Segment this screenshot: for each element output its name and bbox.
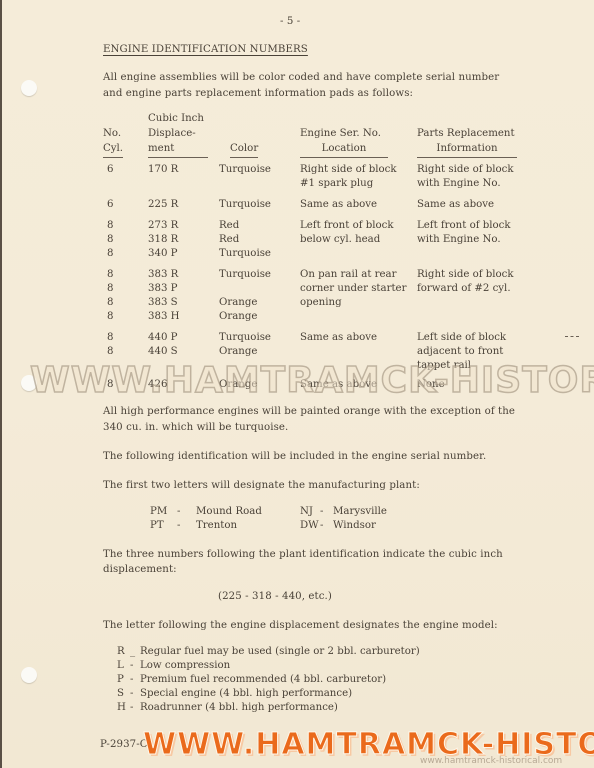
cell-cyl: 8 [107,345,113,359]
model-sep: - [130,659,133,673]
model-sep: _ [130,645,135,659]
cell-color: Turquoise [219,198,271,212]
punch-hole [21,80,37,96]
cell-color: Turquoise [219,163,271,177]
model-sep: - [130,687,133,701]
model-sep: - [130,701,133,715]
cell-cyl: 8 [107,247,113,261]
watermark-middle: WWW.HAMTRAMCK-HISTORICAL.COM [30,360,594,401]
model-code: L [117,659,124,673]
plant-code: DW [300,519,319,533]
cell-cyl: 6 [107,163,113,177]
cell-location: Same as above [300,331,377,345]
plant-sep: - [320,505,323,519]
cell-location: #1 spark plug [300,177,373,191]
punch-hole [21,667,37,683]
plant-intro: The first two letters will designate the… [103,479,420,493]
model-code: S [117,687,124,701]
cell-displacement: 273 R [148,219,178,233]
model-desc: Regular fuel may be used (single or 2 bb… [140,645,420,659]
form-number: P-2937-C [100,738,148,752]
cell-displacement: 318 R [148,233,178,247]
cell-parts: Same as above [417,198,494,212]
model-desc: Special engine (4 bbl. high performance) [140,687,352,701]
cell-location: below cyl. head [300,233,380,247]
serial-note: The following identification will be inc… [103,450,486,464]
cell-location: On pan rail at rear [300,268,397,282]
cell-color: Turquoise [219,247,271,261]
cell-parts: Right side of block [417,268,514,282]
cell-displacement: 383 H [148,310,180,324]
high-perf-note-2: 340 cu. in. which will be turquoise. [103,421,288,435]
high-perf-note-1: All high performance engines will be pai… [103,405,515,419]
header-disp-2: Displace- [148,127,196,141]
cell-cyl: 8 [107,331,113,345]
cell-color: Red [219,219,239,233]
cell-cyl: 8 [107,310,113,324]
section-heading: ENGINE IDENTIFICATION NUMBERS [103,43,308,57]
cell-color: Orange [219,310,257,324]
model-desc: Premium fuel recommended (4 bbl. carbure… [140,673,386,687]
cell-parts: Left side of block [417,331,506,345]
header-parts-2: Information [417,142,517,158]
document-page: - 5 - ENGINE IDENTIFICATION NUMBERS All … [0,0,594,768]
plant-name: Windsor [333,519,376,533]
cell-displacement: 340 P [148,247,178,261]
cell-color: Red [219,233,239,247]
cell-location: Right side of block [300,163,397,177]
cell-parts: adjacent to front [417,345,503,359]
cell-location: opening [300,296,342,310]
disp-intro-2: displacement: [103,563,177,577]
plant-name: Trenton [196,519,237,533]
plant-code: PT [150,519,164,533]
header-location-1: Engine Ser. No. [300,127,381,141]
cell-color: Turquoise [219,331,271,345]
cell-location: Same as above [300,198,377,212]
cell-cyl: 8 [107,219,113,233]
page-number: - 5 - [280,15,300,29]
cell-displacement: 225 R [148,198,178,212]
cell-displacement: 383 R [148,268,178,282]
cell-parts: Right side of block [417,163,514,177]
cell-displacement: 440 S [148,345,178,359]
header-cyl-2: Cyl. [103,142,123,158]
header-disp-3: ment [148,142,208,158]
plant-name: Mound Road [196,505,262,519]
cell-parts: with Engine No. [417,233,501,247]
model-desc: Roadrunner (4 bbl. high performance) [140,701,338,715]
model-code: P [117,673,124,687]
cell-cyl: 8 [107,233,113,247]
header-cyl-1: No. [103,127,121,141]
pencil-mark [565,336,579,340]
watermark-small: www.hamtramck-historical.com [420,756,562,766]
cell-color: Turquoise [219,268,271,282]
plant-sep: - [177,519,180,533]
plant-sep: - [177,505,180,519]
cell-location: corner under starter [300,282,406,296]
cell-displacement: 170 R [148,163,178,177]
cell-displacement: 383 S [148,296,178,310]
cell-color: Orange [219,296,257,310]
model-code: H [117,701,126,715]
disp-intro-1: The three numbers following the plant id… [103,548,503,562]
cell-parts: Left front of block [417,219,511,233]
model-intro: The letter following the engine displace… [103,619,498,633]
header-location-2: Location [300,142,388,158]
cell-color: Orange [219,345,257,359]
header-parts-1: Parts Replacement [417,127,515,141]
cell-cyl: 8 [107,268,113,282]
plant-code: NJ [300,505,313,519]
cell-displacement: 383 P [148,282,178,296]
model-code: R [117,645,125,659]
model-desc: Low compression [140,659,230,673]
cell-parts: forward of #2 cyl. [417,282,511,296]
intro-line-2: and engine parts replacement information… [103,87,413,101]
cell-cyl: 8 [107,296,113,310]
header-disp-1: Cubic Inch [148,112,204,126]
cell-cyl: 6 [107,198,113,212]
cell-parts: with Engine No. [417,177,501,191]
plant-sep: - [320,519,323,533]
plant-name: Marysville [333,505,387,519]
disp-example: (225 - 318 - 440, etc.) [218,590,332,604]
model-sep: - [130,673,133,687]
cell-displacement: 440 P [148,331,178,345]
plant-code: PM [150,505,167,519]
cell-cyl: 8 [107,282,113,296]
intro-line-1: All engine assemblies will be color code… [103,71,499,85]
header-color: Color [230,142,258,158]
cell-location: Left front of block [300,219,394,233]
